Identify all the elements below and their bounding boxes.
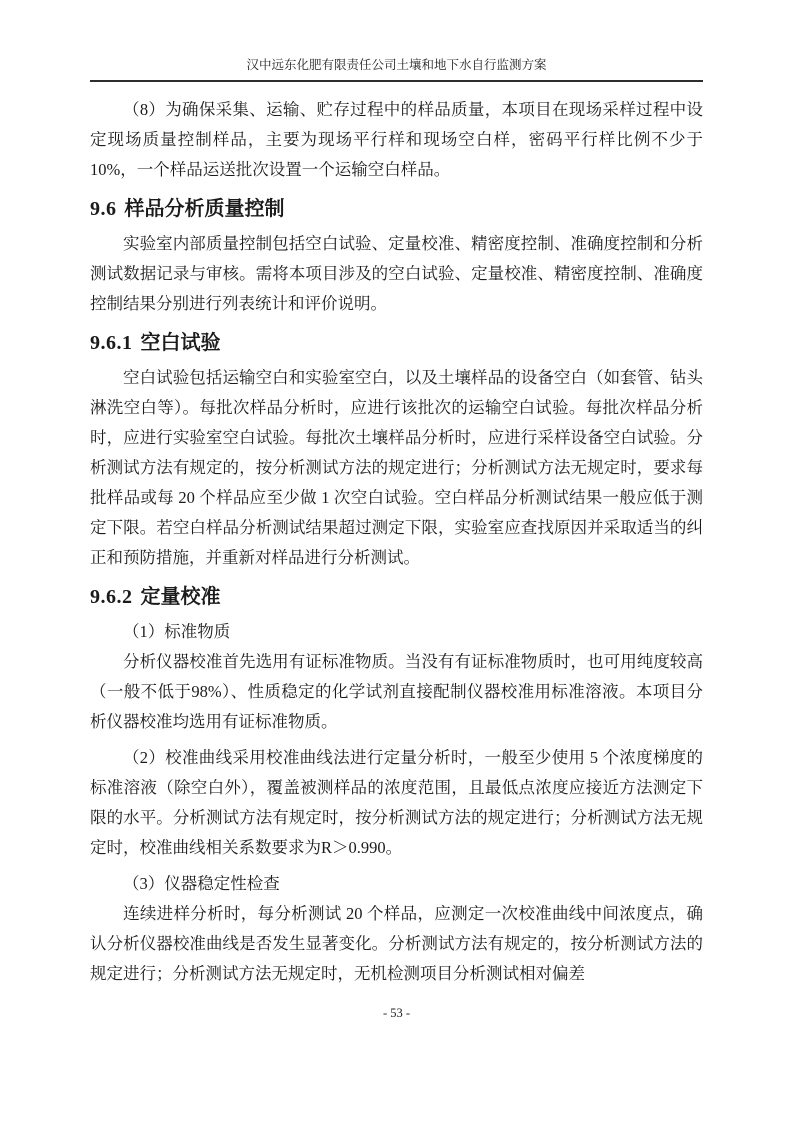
page-number: - 53 - (0, 1006, 793, 1021)
paragraph-item-8: （8）为确保采集、运输、贮存过程中的样品质量，本项目在现场采样过程中设定现场质量… (90, 95, 703, 185)
page-header-title: 汉中远东化肥有限责任公司土壤和地下水自行监测方案 (90, 56, 703, 82)
heading-title: 定量校准 (141, 586, 221, 608)
paragraph-section-9-6-intro: 实验室内部质量控制包括空白试验、定量校准、精密度控制、准确度控制和分析测试数据记… (90, 229, 703, 319)
heading-title: 样品分析质量控制 (125, 198, 285, 220)
page-content: 汉中远东化肥有限责任公司土壤和地下水自行监测方案 （8）为确保采集、运输、贮存过… (90, 56, 703, 989)
paragraph-section-9-6-1-body: 空白试验包括运输空白和实验室空白，以及土壤样品的设备空白（如套管、钻头淋洗空白等… (90, 363, 703, 573)
paragraph-item-3-body: 连续进样分析时，每分析测试 20 个样品，应测定一次校准曲线中间浓度点，确认分析… (90, 899, 703, 989)
document-page: 汉中远东化肥有限责任公司土壤和地下水自行监测方案 （8）为确保采集、运输、贮存过… (0, 0, 793, 1122)
document-body: （8）为确保采集、运输、贮存过程中的样品质量，本项目在现场采样过程中设定现场质量… (90, 95, 703, 989)
heading-9-6-1: 9.6.1空白试验 (90, 329, 703, 357)
heading-9-6-2: 9.6.2定量校准 (90, 583, 703, 611)
paragraph-item-1-body: 分析仪器校准首先选用有证标准物质。当没有有证标准物质时，也可用纯度较高（一般不低… (90, 647, 703, 737)
paragraph-item-3-label: （3）仪器稳定性检查 (90, 869, 703, 899)
heading-title: 空白试验 (141, 332, 221, 354)
heading-number: 9.6.1 (90, 332, 133, 354)
paragraph-item-1-label: （1）标准物质 (90, 617, 703, 647)
heading-number: 9.6 (90, 198, 117, 220)
paragraph-item-2-body: （2）校准曲线采用校准曲线法进行定量分析时，一般至少使用 5 个浓度梯度的标准溶… (90, 743, 703, 863)
heading-number: 9.6.2 (90, 586, 133, 608)
heading-9-6: 9.6样品分析质量控制 (90, 195, 703, 223)
